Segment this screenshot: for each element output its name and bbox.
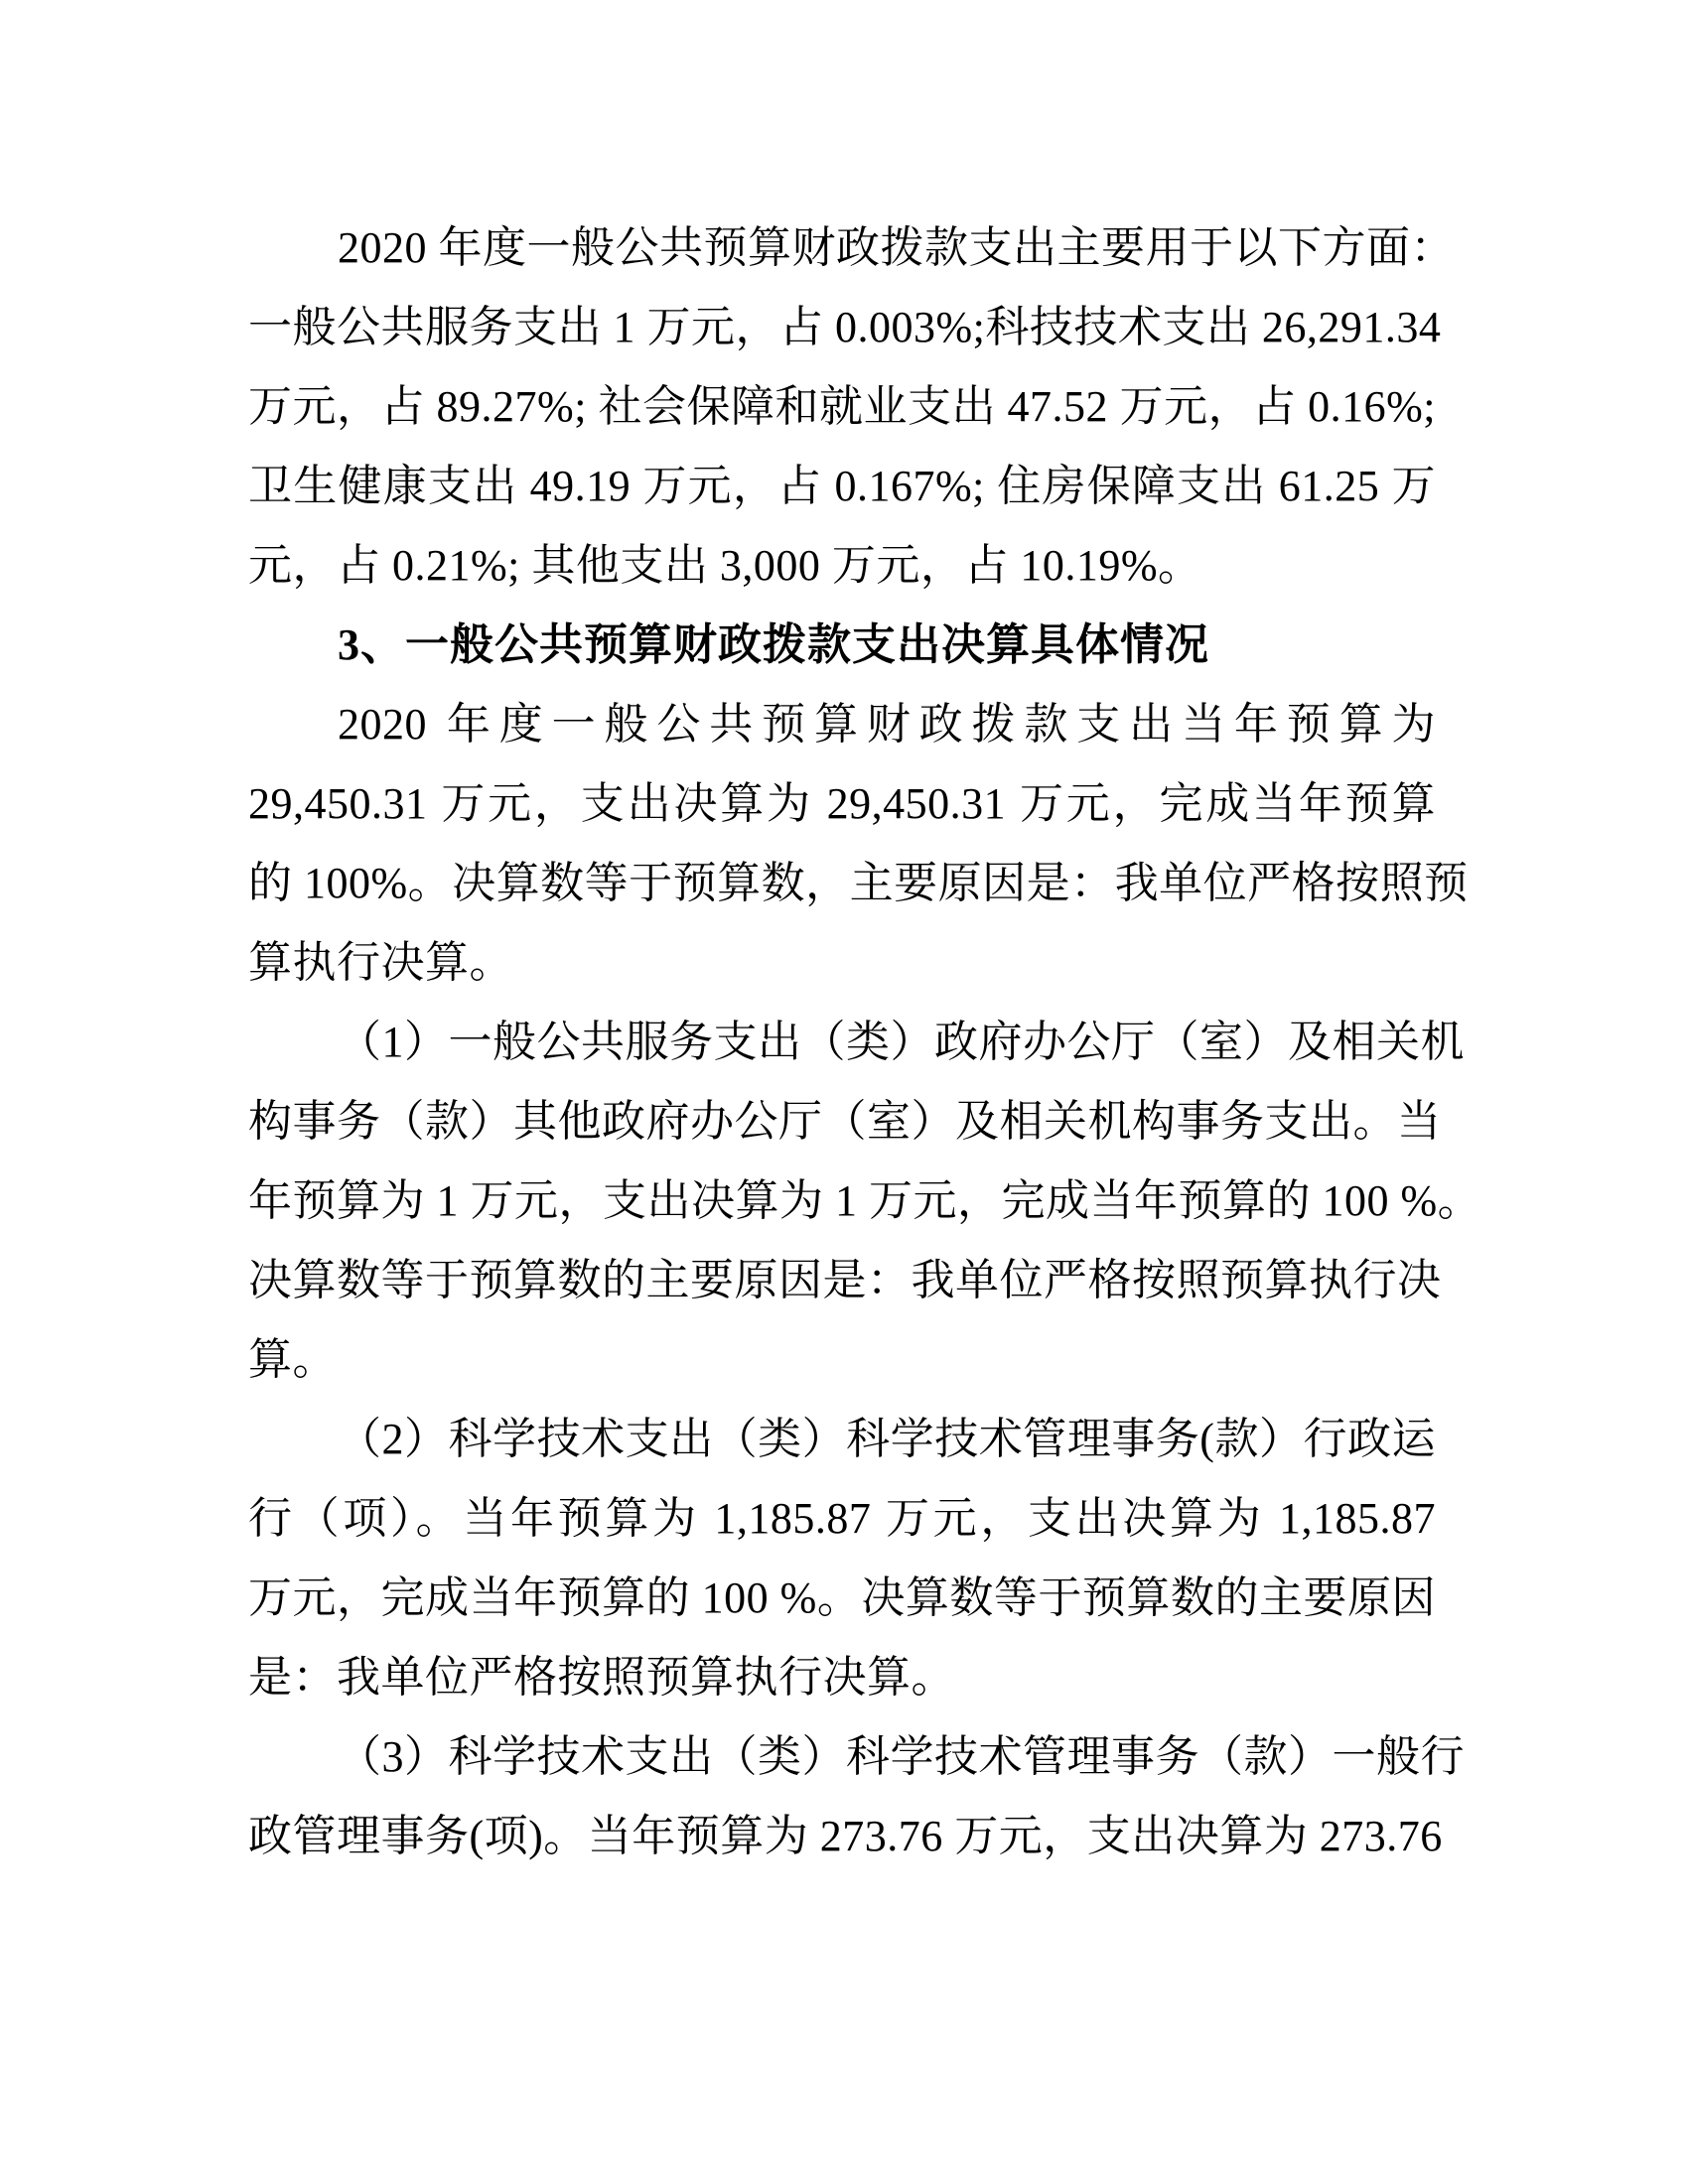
- document-text-block: 2020 年度一般公共预算财政拨款支出主要用于以下方面： 一般公共服务支出 1 …: [248, 208, 1436, 1876]
- paragraph-line: 是：我单位严格按照预算执行决算。: [248, 1638, 1436, 1717]
- paragraph-line: 万元，占 89.27%; 社会保障和就业支出 47.52 万元，占 0.16%;: [248, 367, 1436, 447]
- paragraph-line: 构事务（款）其他政府办公厅（室）及相关机构事务支出。当: [248, 1082, 1436, 1161]
- paragraph-line: 决算数等于预算数的主要原因是：我单位严格按照预算执行决: [248, 1241, 1436, 1320]
- paragraph-line: 算执行决算。: [248, 923, 1436, 1003]
- paragraph-line: 卫生健康支出 49.19 万元，占 0.167%; 住房保障支出 61.25 万: [248, 447, 1436, 526]
- paragraph-line: 万元，完成当年预算的 100 %。决算数等于预算数的主要原因: [248, 1559, 1436, 1638]
- paragraph-line: 算。: [248, 1320, 1436, 1400]
- paragraph-line: 年预算为 1 万元，支出决算为 1 万元，完成当年预算的 100 %。: [248, 1161, 1436, 1241]
- paragraph-line: （2）科学技术支出（类）科学技术管理事务(款）行政运: [248, 1400, 1436, 1479]
- paragraph-line: 的 100%。决算数等于预算数，主要原因是：我单位严格按照预: [248, 844, 1436, 923]
- document-page: 2020 年度一般公共预算财政拨款支出主要用于以下方面： 一般公共服务支出 1 …: [0, 0, 1688, 2184]
- paragraph-line: 元，占 0.21%; 其他支出 3,000 万元，占 10.19%。: [248, 526, 1436, 606]
- paragraph-line: 政管理事务(项)。当年预算为 273.76 万元，支出决算为 273.76: [248, 1797, 1436, 1876]
- paragraph-line: （1）一般公共服务支出（类）政府办公厅（室）及相关机: [248, 1003, 1436, 1082]
- paragraph-line: （3）科学技术支出（类）科学技术管理事务（款）一般行: [248, 1717, 1436, 1797]
- paragraph-line: 2020 年度一般公共预算财政拨款支出主要用于以下方面：: [248, 208, 1436, 288]
- paragraph-line: 行（项）。当年预算为 1,185.87 万元，支出决算为 1,185.87: [248, 1479, 1436, 1559]
- section-heading: 3、一般公共预算财政拨款支出决算具体情况: [248, 606, 1436, 685]
- paragraph-line: 29,450.31 万元，支出决算为 29,450.31 万元，完成当年预算: [248, 764, 1436, 844]
- paragraph-line: 2020 年度一般公共预算财政拨款支出当年预算为: [248, 685, 1436, 764]
- paragraph-line: 一般公共服务支出 1 万元，占 0.003%;科技技术支出 26,291.34: [248, 288, 1436, 367]
